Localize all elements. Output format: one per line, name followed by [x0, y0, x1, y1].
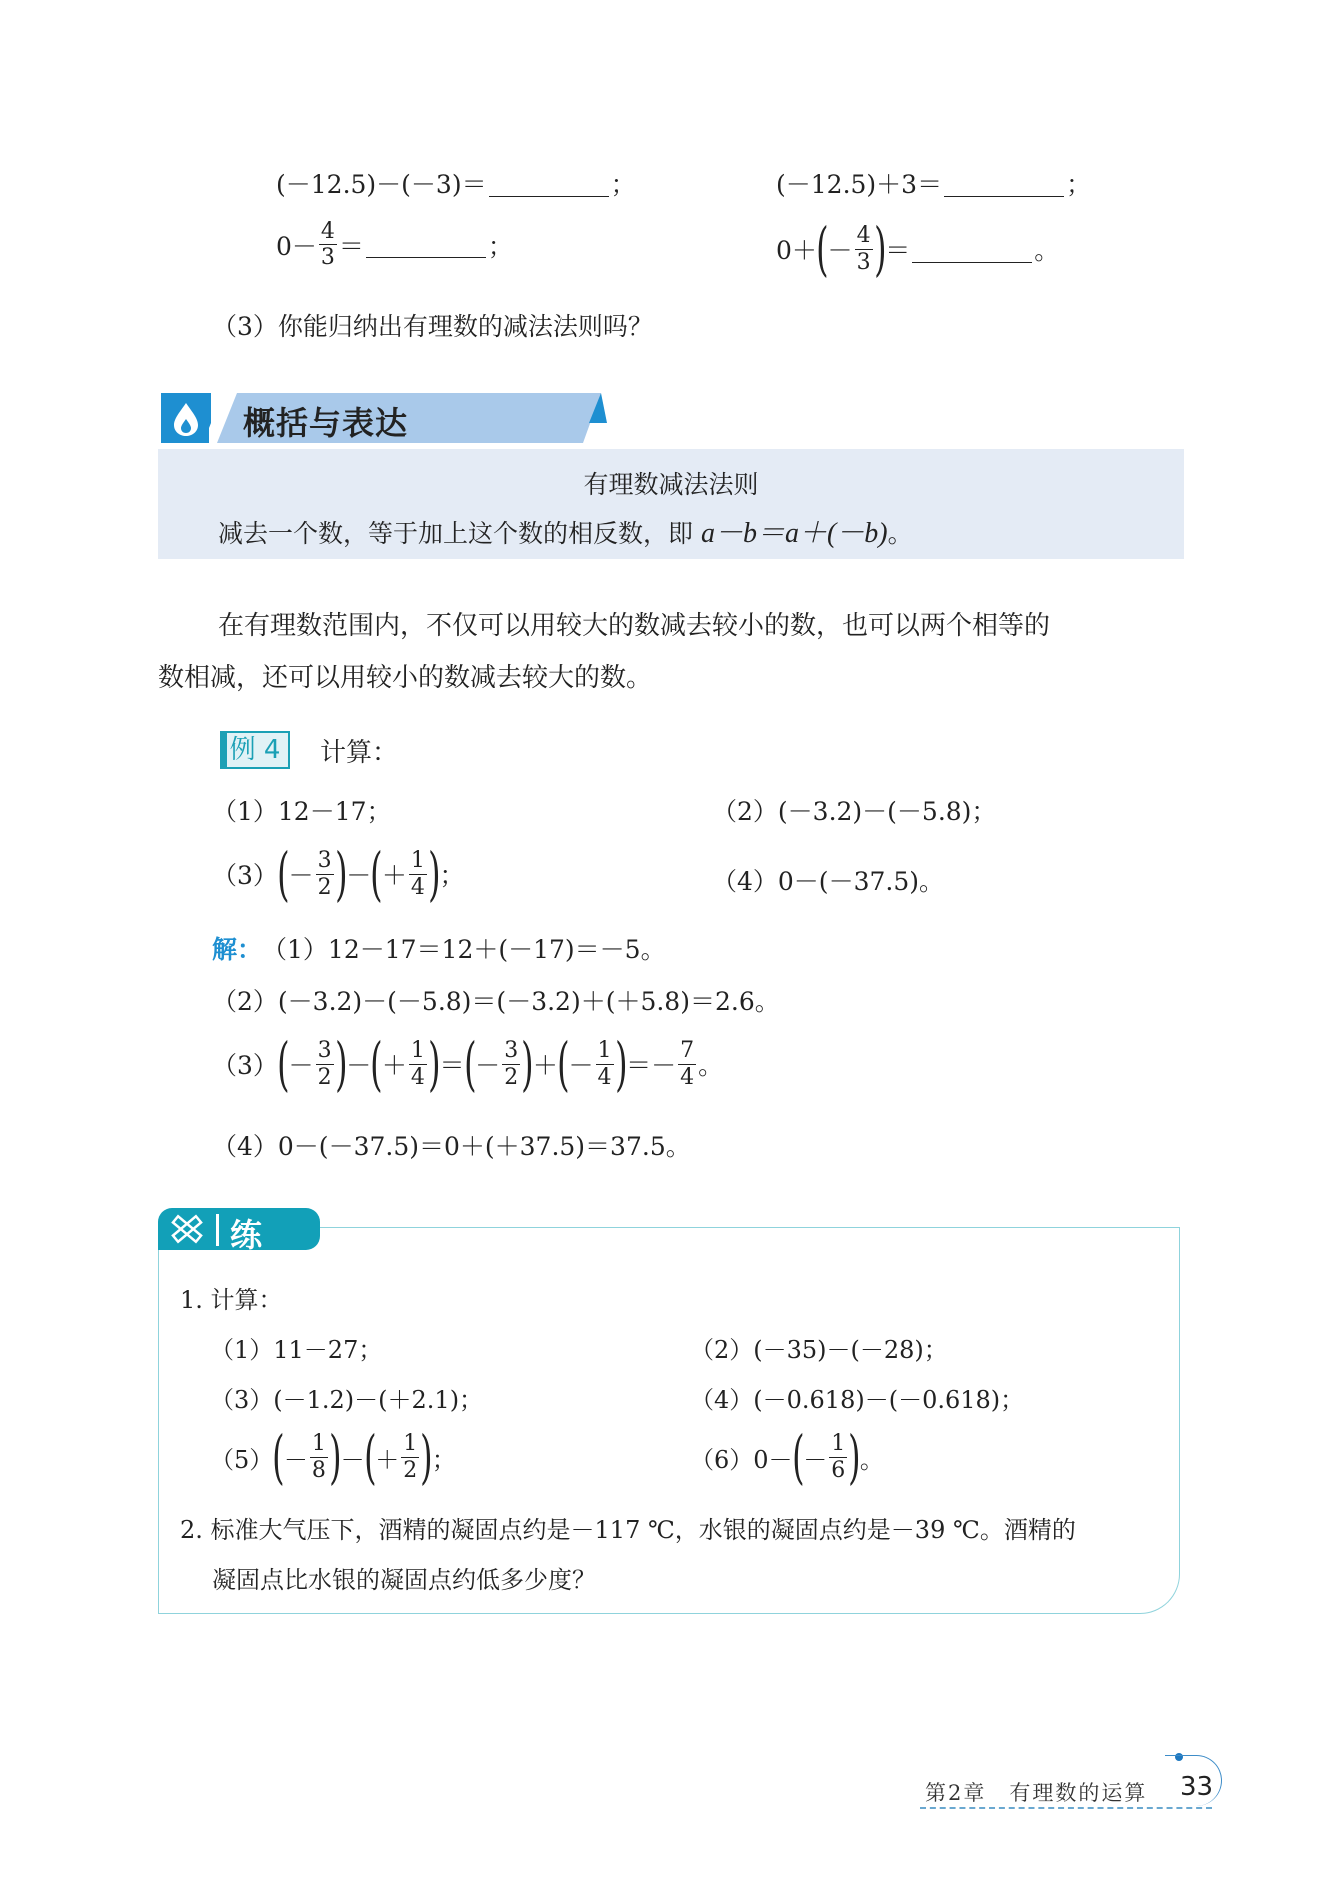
item-label: （6）0－	[690, 1440, 793, 1475]
right-paren: )	[874, 220, 886, 278]
practice-item-4: （4）(－0.618)－(－0.618)；	[690, 1380, 1024, 1415]
sign: －	[289, 1046, 314, 1082]
sign: －	[475, 1046, 500, 1082]
practice-top-border	[318, 1227, 1180, 1228]
example-tag: 例 4	[220, 731, 290, 769]
fill-in-row1-left: (－12.5)－(－3)＝ ；	[276, 165, 636, 201]
practice-header: 练 习	[158, 1208, 320, 1250]
example-prompt: 计算：	[320, 732, 398, 769]
expression: (－12.5)＋3＝	[776, 165, 942, 201]
solution-line-4: （4）0－(－37.5)＝0＋(＋37.5)＝37.5。	[212, 1127, 691, 1163]
denominator: 4	[678, 1064, 696, 1089]
denominator: 3	[855, 249, 873, 274]
numerator: 1	[310, 1432, 328, 1456]
fill-in-row1-right: (－12.5)＋3＝ ；	[776, 165, 1091, 201]
right-paren: )	[329, 1428, 341, 1486]
denominator: 8	[310, 1457, 328, 1482]
practice-q2-line2: 凝固点比水银的凝固点约低多少度？	[212, 1560, 596, 1595]
equals: ＝	[885, 231, 910, 267]
footer-chapter: 第2章 有理数的运算	[925, 1777, 1147, 1807]
left-paren: (	[272, 1428, 284, 1486]
numerator: 1	[829, 1432, 847, 1456]
solution-label: 解：	[212, 930, 262, 966]
numerator: 1	[409, 849, 427, 873]
sign: －	[803, 1440, 827, 1475]
example-item-1: （1）12－17；	[212, 792, 392, 828]
sign: －	[284, 1440, 308, 1475]
fraction: 14	[409, 1039, 427, 1088]
expression: 0－	[276, 227, 317, 263]
sign: －	[568, 1046, 593, 1082]
punctuation: 。	[698, 1046, 723, 1082]
rule-ji: 即	[668, 519, 701, 548]
left-paren: (	[464, 1035, 476, 1093]
denominator: 2	[502, 1064, 520, 1089]
punctuation: ；	[440, 856, 465, 892]
left-paren: (	[370, 1035, 382, 1093]
operator: －	[346, 856, 371, 892]
fraction: 16	[829, 1432, 847, 1481]
fraction: 14	[596, 1039, 614, 1088]
sign: ＋	[382, 1046, 407, 1082]
explanation-paragraph: 在有理数范围内，不仅可以用较大的数减去较小的数，也可以两个相等的 数相减，还可以…	[158, 600, 1188, 704]
fill-in-row2-right: 0＋ ( － 43 ) ＝ 。	[776, 220, 1059, 278]
example-item-3: （3） ( － 32 ) － ( ＋ 14 ) ；	[212, 845, 465, 903]
sign: ＋	[382, 856, 407, 892]
rule-title: 有理数减法法则	[158, 465, 1184, 501]
item-label: （3）	[212, 1046, 278, 1082]
solution-line-1: 解： （1）12－17＝12＋(－17)＝－5。	[212, 930, 666, 966]
fraction: 14	[409, 849, 427, 898]
punctuation: 。	[1034, 231, 1059, 267]
answer-blank[interactable]	[366, 231, 486, 258]
denominator: 4	[409, 1064, 427, 1089]
right-paren: )	[428, 845, 440, 903]
paragraph-line: 数相减，还可以用较小的数减去较大的数。	[158, 652, 1188, 704]
right-paren: )	[521, 1035, 533, 1093]
punctuation: ；	[432, 1440, 456, 1475]
fraction: 74	[678, 1039, 696, 1088]
right-paren: )	[335, 1035, 347, 1093]
fraction: 43	[855, 224, 873, 273]
right-paren: )	[335, 845, 347, 903]
solution-text: （1）12－17＝12＋(－17)＝－5。	[262, 930, 666, 966]
fill-in-row2-left: 0－ 43 ＝ ；	[276, 220, 513, 269]
section-header: 概括与表达	[161, 393, 461, 443]
equals: ＝	[440, 1046, 465, 1082]
header-separator	[216, 1214, 219, 1246]
denominator: 4	[596, 1064, 614, 1089]
rule-box: 有理数减法法则 减去一个数，等于加上这个数的相反数，即 a－b＝a＋(－b)。	[158, 449, 1184, 559]
practice-q1-label: 1. 计算：	[180, 1280, 283, 1315]
numerator: 3	[316, 1039, 334, 1063]
example-item-2: （2）(－3.2)－(－5.8)；	[712, 792, 996, 828]
sign: －	[828, 231, 853, 267]
denominator: 2	[316, 874, 334, 899]
numerator: 1	[596, 1039, 614, 1063]
numerator: 4	[855, 224, 873, 248]
example-item-4: （4）0－(－37.5)。	[712, 862, 944, 898]
practice-item-1: （1）11－27；	[210, 1330, 382, 1365]
sign: －	[651, 1046, 676, 1082]
expression: 0＋	[776, 231, 817, 267]
solution-line-3: （3） ( － 32 ) － ( ＋ 14 ) ＝ ( － 32 ) ＋ ( －…	[212, 1035, 723, 1093]
sign: ＋	[375, 1440, 399, 1475]
rule-formula: a－b＝a＋(－b)	[701, 518, 888, 549]
answer-blank[interactable]	[944, 170, 1064, 197]
left-paren: (	[816, 220, 828, 278]
left-paren: (	[277, 845, 289, 903]
operator: －	[346, 1046, 371, 1082]
left-paren: (	[792, 1428, 804, 1486]
solution-line-2: （2）(－3.2)－(－5.8)＝(－3.2)＋(＋5.8)＝2.6。	[212, 982, 780, 1018]
practice-item-5: （5） ( － 18 ) － ( ＋ 12 ) ；	[210, 1428, 456, 1486]
section-title: 概括与表达	[243, 398, 408, 444]
denominator: 4	[409, 874, 427, 899]
item-label: （3）	[212, 856, 278, 892]
right-paren: )	[428, 1035, 440, 1093]
punctuation: 。	[860, 1440, 884, 1475]
punctuation: ；	[1066, 165, 1091, 201]
equals: ＝	[339, 227, 364, 263]
item-label: （5）	[210, 1440, 273, 1475]
right-paren: )	[615, 1035, 627, 1093]
equals: ＝	[626, 1046, 651, 1082]
denominator: 6	[829, 1457, 847, 1482]
numerator: 4	[319, 220, 337, 244]
punctuation: 。	[888, 519, 913, 548]
numerator: 1	[401, 1432, 419, 1456]
operator: －	[341, 1440, 365, 1475]
left-paren: (	[557, 1035, 569, 1093]
right-paren: )	[420, 1428, 432, 1486]
flame-icon	[161, 393, 211, 443]
left-paren: (	[277, 1035, 289, 1093]
fraction: 12	[401, 1432, 419, 1481]
denominator: 3	[319, 244, 337, 269]
left-paren: (	[364, 1428, 376, 1486]
fraction: 43	[319, 220, 337, 269]
punctuation: ；	[488, 227, 513, 263]
practice-item-2: （2）(－35)－(－28)；	[690, 1330, 948, 1365]
expression: (－12.5)－(－3)＝	[276, 165, 487, 201]
punctuation: ；	[611, 165, 636, 201]
pencil-ruler-icon	[168, 1213, 208, 1245]
numerator: 7	[678, 1039, 696, 1063]
fraction: 32	[316, 849, 334, 898]
left-paren: (	[370, 845, 382, 903]
fraction: 18	[310, 1432, 328, 1481]
numerator: 1	[409, 1039, 427, 1063]
footer-dashed-line	[920, 1807, 1212, 1809]
numerator: 3	[316, 849, 334, 873]
practice-item-6: （6）0－ ( － 16 ) 。	[690, 1428, 884, 1486]
denominator: 2	[316, 1064, 334, 1089]
fraction: 32	[502, 1039, 520, 1088]
denominator: 2	[401, 1457, 419, 1482]
page-number: 33	[1180, 1772, 1213, 1802]
numerator: 3	[502, 1039, 520, 1063]
right-paren: )	[848, 1428, 860, 1486]
answer-blank[interactable]	[912, 236, 1032, 263]
fraction: 32	[316, 1039, 334, 1088]
operator: ＋	[533, 1046, 558, 1082]
practice-item-3: （3）(－1.2)－(＋2.1)；	[210, 1380, 483, 1415]
rule-body: 减去一个数，等于加上这个数的相反数，即 a－b＝a＋(－b)。	[218, 511, 913, 551]
rule-text: 减去一个数，等于加上这个数的相反数，	[218, 519, 668, 548]
practice-q2-line1: 2. 标准大气压下，酒精的凝固点约是－117 ℃，水银的凝固点约是－39 ℃。酒…	[180, 1510, 1076, 1545]
paragraph-line: 在有理数范围内，不仅可以用较大的数减去较小的数，也可以两个相等的	[158, 600, 1188, 652]
sign: －	[289, 856, 314, 892]
question-3: （3）你能归纳出有理数的减法法则吗？	[212, 307, 653, 343]
answer-blank[interactable]	[489, 170, 609, 197]
